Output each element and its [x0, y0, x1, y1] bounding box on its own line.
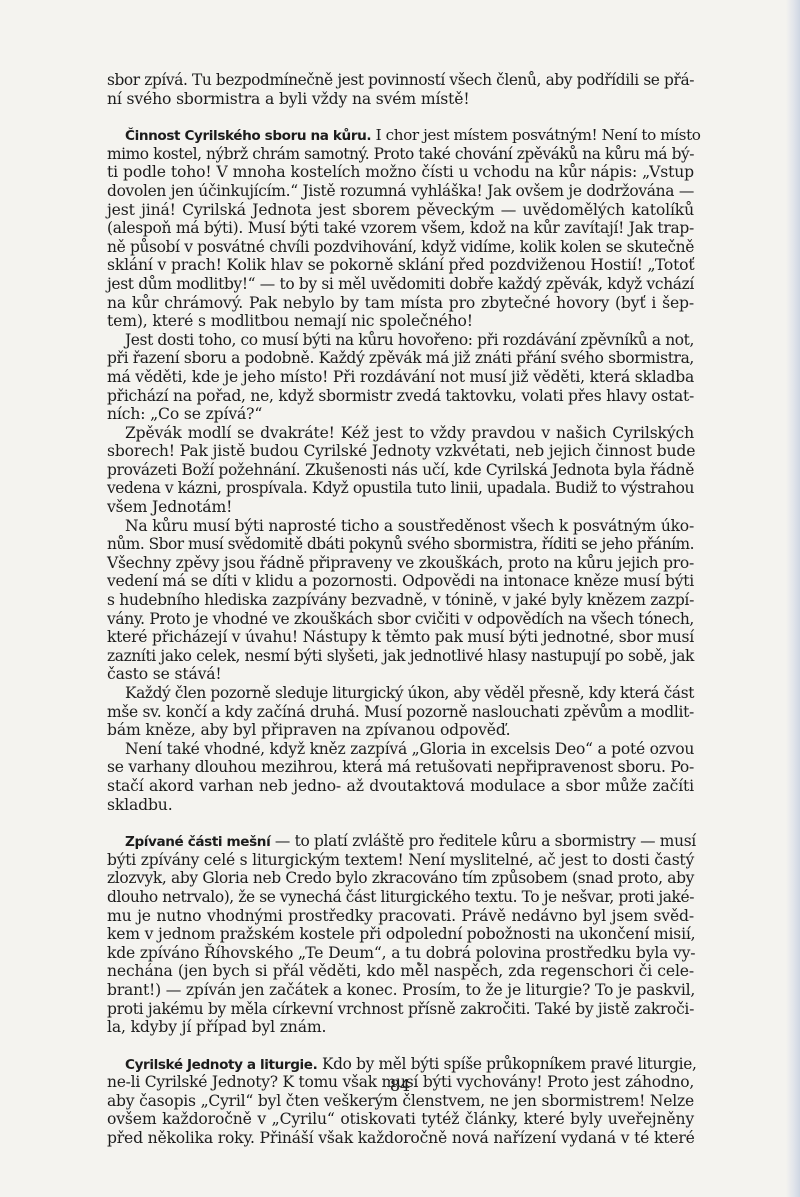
- text-line: Každý člen pozorně sleduje liturgický úk…: [107, 684, 694, 703]
- section-heading: Cyrilské Jednoty a liturgie.: [125, 1057, 317, 1073]
- text-line: Zpěvák modlí se dvakráte! Kéž jest to vž…: [107, 424, 694, 443]
- text-line: bám kněze, aby byl připraven na zpívanou…: [107, 721, 694, 740]
- text-line: Cyrilské Jednoty a liturgie. Kdo by měl …: [107, 1055, 694, 1074]
- paragraph: Každý člen pozorně sleduje liturgický úk…: [107, 684, 694, 740]
- text-line: Činnost Cyrilského sboru na kůru. I chor…: [107, 126, 694, 145]
- text-line: brant!) — zpíván jen začátek a konec. Pr…: [107, 981, 694, 1000]
- text-line: jest dům modlitby!“ — to by si měl uvědo…: [107, 275, 694, 294]
- text-line: ovšem každoročně v „Cyrilu“ otiskovati t…: [107, 1110, 694, 1129]
- text-line: sborech! Pak jistě budou Cyrilské Jednot…: [107, 442, 694, 461]
- text-line: často se stává!: [107, 665, 694, 684]
- paragraph-gap: [107, 814, 694, 832]
- text-line: má věděti, kde je jeho místo! Při rozdáv…: [107, 368, 694, 387]
- paragraph: sbor zpívá. Tu bezpodmínečně jest povinn…: [107, 71, 694, 108]
- text-line: Není také vhodné, když kněz zazpívá „Glo…: [107, 740, 694, 759]
- text-line: dovolen jen účinkujícím.“ Jistě rozumná …: [107, 182, 694, 201]
- text-line: vedena v kázni, prospívala. Když opustil…: [107, 479, 694, 498]
- text-line: sbor zpívá. Tu bezpodmínečně jest povinn…: [107, 71, 694, 90]
- text-line: provázeti Boží požehnání. Zkušenosti nás…: [107, 461, 694, 480]
- text-line: kem v jednom pražském kostele při odpole…: [107, 925, 694, 944]
- text-line: Jest dosti toho, co musí býti na kůru ho…: [107, 331, 694, 350]
- text-line: tem), které s modlitbou nemají nic spole…: [107, 312, 694, 331]
- text-line: jest jiná! Cyrilská Jednota jest sborem …: [107, 201, 694, 220]
- paragraph-gap: [107, 108, 694, 126]
- page-number: 84: [0, 1076, 800, 1095]
- text-line: Zpívané části mešní — to platí zvláště p…: [107, 832, 694, 851]
- text-line: Všechny zpěvy jsou řádně připraveny ve z…: [107, 554, 694, 573]
- text-line: přichází na pořad, ne, když sbormistr zv…: [107, 387, 694, 406]
- text-line: sklání v prach! Kolik hlav se pokorně sk…: [107, 256, 694, 275]
- paragraph: Není také vhodné, když kněz zazpívá „Glo…: [107, 740, 694, 814]
- text-line: Na kůru musí býti naprosté ticho a soust…: [107, 517, 694, 536]
- text-line: la, kdyby jí případ byl znám.: [107, 1018, 694, 1037]
- text-line: dlouho netrvalo), že se vynechá část lit…: [107, 888, 694, 907]
- text-line: všem Jednotám!: [107, 498, 694, 517]
- text-line: při řazení sboru a podobně. Každý zpěvák…: [107, 349, 694, 368]
- paragraph-gap: [107, 1037, 694, 1055]
- text-line: stačí akord varhan neb jedno- až dvoutak…: [107, 777, 694, 796]
- text-line: ně působí v posvátné chvíli pozdvihování…: [107, 238, 694, 257]
- section-paragraph: Cyrilské Jednoty a liturgie. Kdo by měl …: [107, 1055, 694, 1148]
- paragraph: Jest dosti toho, co musí býti na kůru ho…: [107, 331, 694, 424]
- text-line: které přicházejí v úvahu! Nástupy k těmt…: [107, 628, 694, 647]
- paragraph: Na kůru musí býti naprosté ticho a soust…: [107, 517, 694, 684]
- text-run: I chor jest místem posvátným! Není to mí…: [371, 126, 700, 144]
- text-line: s hudebního hlediska zazpívány bezvadně,…: [107, 591, 694, 610]
- text-line: zazníti jako celek, nesmí býti slyšeti, …: [107, 647, 694, 666]
- text-line: proti jakému by měla církevní vrchnost p…: [107, 1000, 694, 1019]
- text-line: ních: „Co se zpívá?“: [107, 405, 694, 424]
- text-line: mu je nutno vhodnými prostředky pracovat…: [107, 907, 694, 926]
- text-line: ní svého sbormistra a byli vždy na svém …: [107, 90, 694, 109]
- text-line: zlozvyk, aby Gloria neb Credo bylo zkrac…: [107, 869, 694, 888]
- text-run: Kdo by měl býti spíše průkopníkem pravé …: [317, 1055, 696, 1073]
- text-line: kde zpíváno Říhovského „Te Deum“, a tu d…: [107, 944, 694, 963]
- text-line: (alespoň má býti). Musí býti také vzorem…: [107, 219, 694, 238]
- text-line: nům. Sbor musí svědomitě dbáti pokynů sv…: [107, 535, 694, 554]
- section-heading: Zpívané části mešní: [125, 834, 270, 850]
- section-heading: Činnost Cyrilského sboru na kůru.: [125, 128, 371, 144]
- text-line: před několika roky. Přináší však každoro…: [107, 1129, 694, 1148]
- text-line: skladbu.: [107, 796, 694, 815]
- paragraph: Zpěvák modlí se dvakráte! Kéž jest to vž…: [107, 424, 694, 517]
- scan-edge-shadow: [786, 0, 800, 1197]
- text-line: mše sv. končí a kdy začíná druhá. Musí p…: [107, 703, 694, 722]
- text-line: vány. Proto je vhodné ve zkouškách sbor …: [107, 610, 694, 629]
- text-line: vedení má se díti v klidu a pozornosti. …: [107, 572, 694, 591]
- text-line: býti zpívány celé s liturgickým textem! …: [107, 851, 694, 870]
- ink-speck: [417, 962, 420, 965]
- text-line: na kůr chrámový. Pak nebylo by tam místa…: [107, 294, 694, 313]
- text-line: nechána (jen bych si přál věděti, kdo mě…: [107, 962, 694, 981]
- text-line: se varhany dlouhou mezihrou, která má re…: [107, 758, 694, 777]
- text-run: — to platí zvláště pro ředitele kůru a s…: [270, 832, 696, 850]
- text-line: mimo kostel, nýbrž chrám samotný. Proto …: [107, 145, 694, 164]
- section-paragraph: Činnost Cyrilského sboru na kůru. I chor…: [107, 126, 694, 331]
- section-paragraph: Zpívané části mešní — to platí zvláště p…: [107, 832, 694, 1037]
- page-body: sbor zpívá. Tu bezpodmínečně jest povinn…: [107, 71, 694, 1148]
- text-line: ti podle toho! V mnoha kostelích možno č…: [107, 163, 694, 182]
